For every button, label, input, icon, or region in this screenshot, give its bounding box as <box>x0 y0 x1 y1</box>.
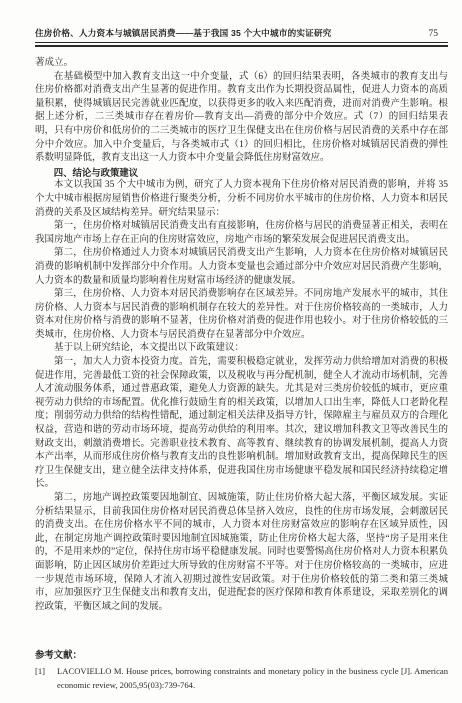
body-paragraph: 在基础模型中加入教育支出这一中介变量，式（6）的回归结果表明，各类城市的教育支出… <box>35 71 448 166</box>
body-paragraph: 第二，房地产调控政策要因地制宜、因城施策，防止住房价格大起大落，平衡区域发展。实… <box>35 492 448 614</box>
reference-text: LACOVIELLO M. House prices, borrowing co… <box>57 665 448 692</box>
references-list: [1] LACOVIELLO M. House prices, borrowin… <box>35 665 448 692</box>
reference-label: [1] <box>35 665 57 692</box>
running-title: 住房价格、人力资本与城镇居民消费——基于我国 35 个大中城市的实证研究 <box>35 27 332 39</box>
article-body: 著成立。在基础模型中加入教育支出这一中介变量，式（6）的回归结果表明，各类城市的… <box>35 57 448 614</box>
header-rule <box>35 42 448 47</box>
reference-item: [1] LACOVIELLO M. House prices, borrowin… <box>35 665 448 692</box>
body-paragraph: 第一，住房价格对城镇居民消费支出有直接影响，住房价格与居民的消费显著正相关，表明… <box>35 220 448 247</box>
references-section: 参考文献： [1] LACOVIELLO M. House prices, bo… <box>35 647 448 692</box>
page-number: 75 <box>429 29 449 39</box>
running-header: 住房价格、人力资本与城镇居民消费——基于我国 35 个大中城市的实证研究 75 <box>35 27 448 42</box>
body-paragraph: 第一，加大人力资本投资力度。首先，需要积极稳定就业，发挥劳动力供给增加对消费的积… <box>35 356 448 492</box>
body-paragraph: 第二，住房价格通过人力资本对城镇居民消费支出产生影响，人力资本在住房价格对城镇居… <box>35 247 448 288</box>
body-paragraph: 第三，住房价格、人力资本对居民消费影响存在区域差异。不同房地产发展水平的城市，其… <box>35 288 448 342</box>
body-paragraph: 四、结论与政策建议 <box>35 166 448 180</box>
body-paragraph: 著成立。 <box>35 57 448 71</box>
body-paragraph: 基于以上研究结论，本文提出以下政策建议： <box>35 342 448 356</box>
body-paragraph: 本文以我国 35 个大中城市为例，研究了人力资本视角下住房价格对居民消费的影响，… <box>35 179 448 220</box>
document-page: 住房价格、人力资本与城镇居民消费——基于我国 35 个大中城市的实证研究 75 … <box>0 0 462 703</box>
references-heading: 参考文献： <box>35 647 448 661</box>
